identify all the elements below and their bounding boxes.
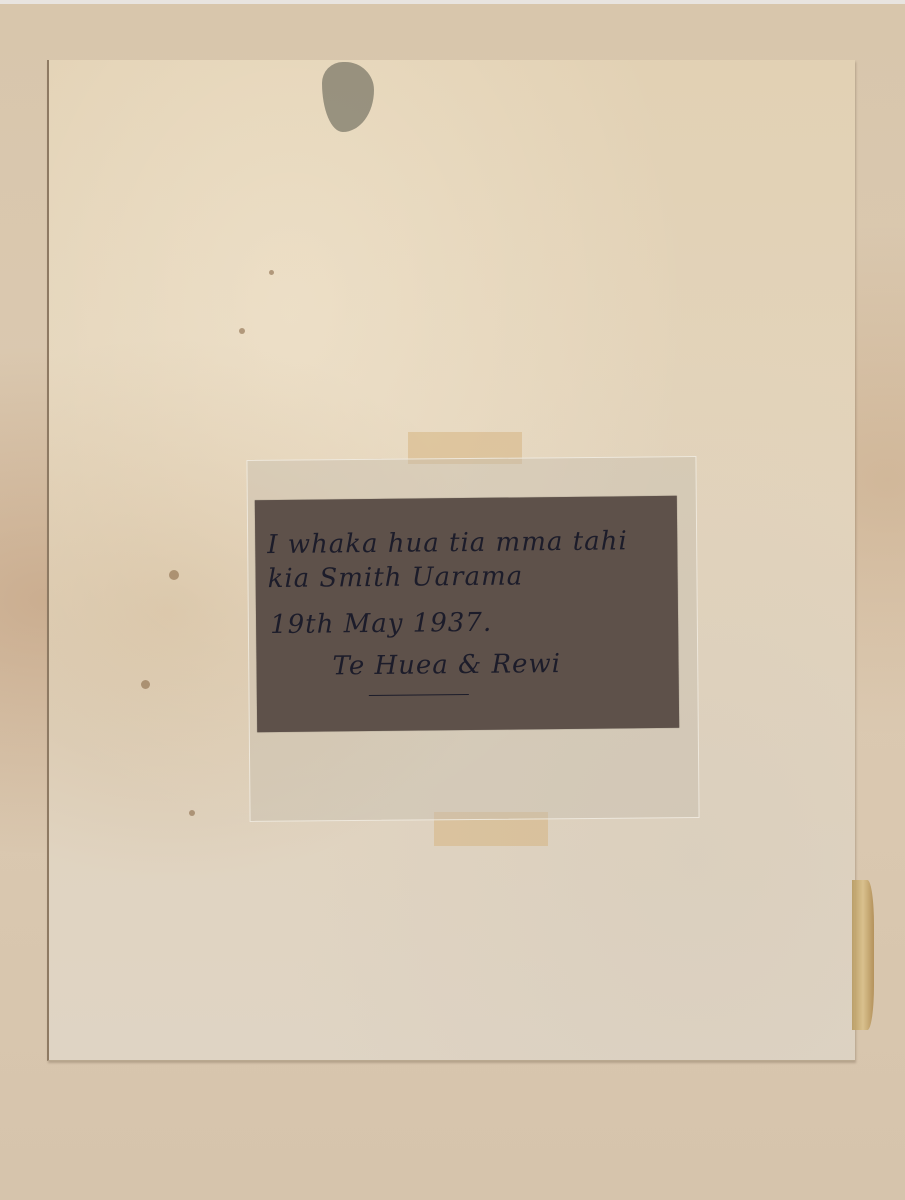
- foxing-spot: [169, 570, 179, 580]
- foxing-spot: [239, 328, 245, 334]
- torn-edge: [852, 880, 874, 1030]
- note-line-2: kia Smith Uarama: [267, 561, 523, 594]
- note-signature: Te Huea & Rewi: [332, 649, 561, 681]
- note-date: 19th May 1937.: [270, 608, 492, 640]
- note-line-1: I whaka hua tia mma tahi: [267, 526, 628, 560]
- top-edge: [0, 0, 905, 4]
- handwritten-note: I whaka hua tia mma tahi kia Smith Uaram…: [255, 496, 679, 732]
- foxing-spot: [269, 270, 274, 275]
- signature-underline: [369, 694, 469, 696]
- foxing-spot: [141, 680, 150, 689]
- foxing-spot: [189, 810, 195, 816]
